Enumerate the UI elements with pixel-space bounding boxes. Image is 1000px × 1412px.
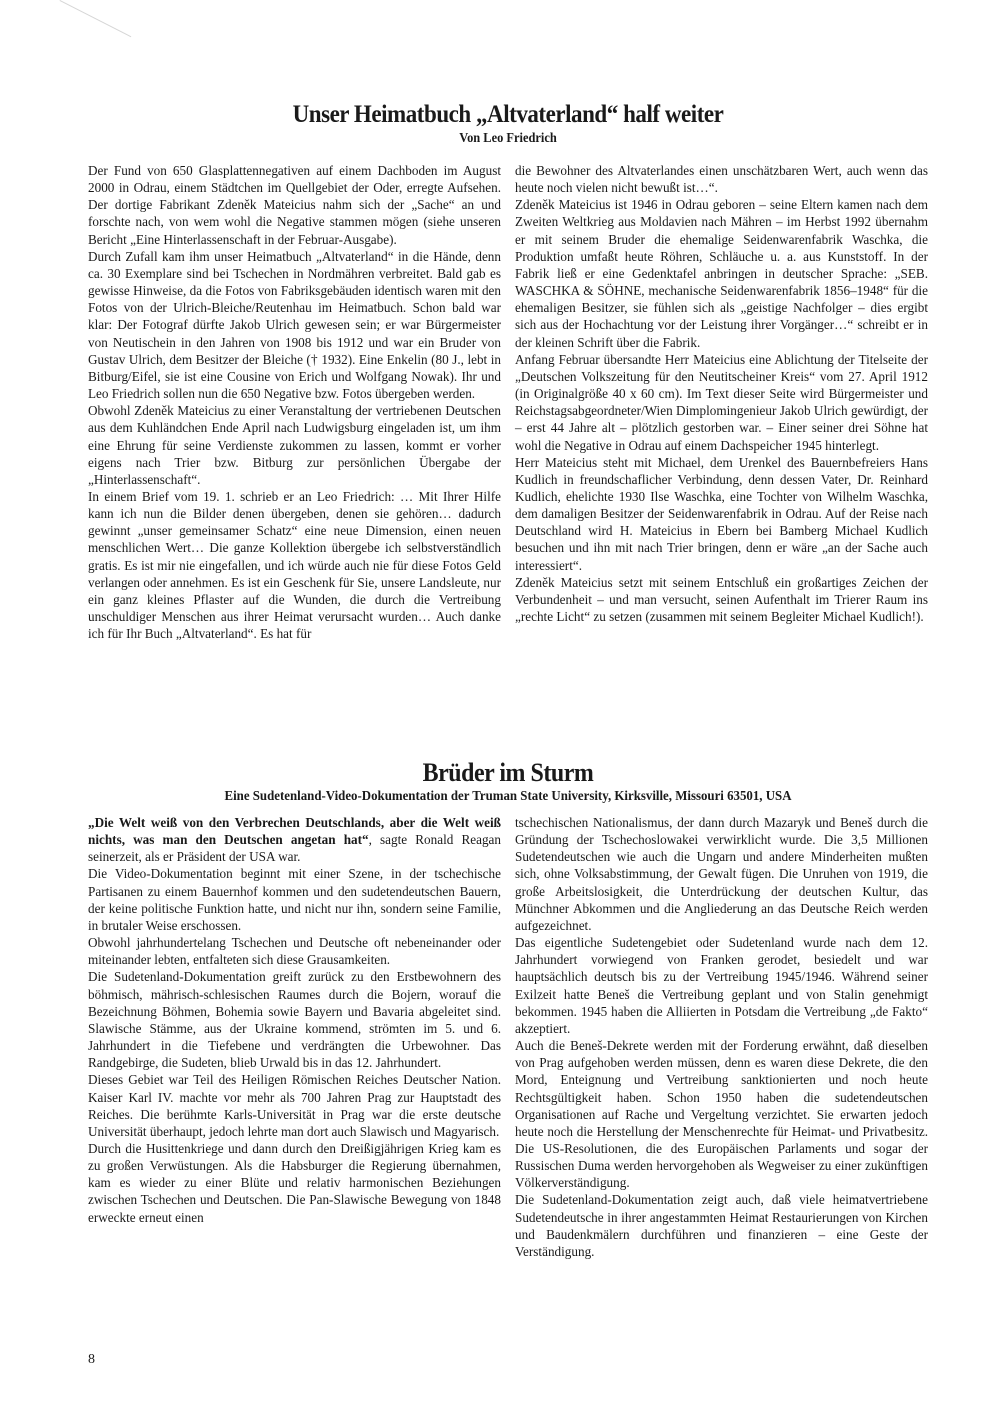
paragraph: Die Sudetenland-Dokumentation zeigt auch… [515,1191,928,1260]
paragraph: Anfang Februar übersandte Herr Mateicius… [515,351,928,454]
paragraph: Das eigentliche Sudetengebiet oder Sudet… [515,934,928,1037]
paragraph: Die Video-Dokumentation beginnt mit eine… [88,865,501,934]
right-column: tschechischen Nationalismus, der dann du… [515,814,928,1260]
paragraph: Auch die Beneš-Dekrete werden mit der Fo… [515,1037,928,1191]
left-column: „Die Welt weiß von den Verbrechen Deutsc… [88,814,501,1260]
article-brueder-im-sturm: Brüder im Sturm Eine Sudetenland-Video-D… [88,758,928,1260]
lead-paragraph: „Die Welt weiß von den Verbrechen Deutsc… [88,814,501,865]
right-column: die Bewohner des Altvaterlandes einen un… [515,162,928,642]
left-column: Der Fund von 650 Glasplattennegativen au… [88,162,501,642]
paragraph: Der Fund von 650 Glasplattennegativen au… [88,162,501,248]
paragraph: die Bewohner des Altvaterlandes einen un… [515,162,928,196]
paragraph: Zdeněk Mateicius setzt mit seinem Entsch… [515,574,928,625]
paragraph: Durch die Husittenkriege und dann durch … [88,1140,501,1226]
article-heimatbuch: Unser Heimatbuch „Altvaterland“ half wei… [88,100,928,642]
article-title: Brüder im Sturm [122,758,895,788]
paragraph: Obwohl Zdeněk Mateicius zu einer Veranst… [88,402,501,488]
paragraph: Obwohl jahrhundertelang Tschechen und De… [88,934,501,968]
article-byline: Von Leo Friedrich [122,130,895,146]
paragraph: In einem Brief vom 19. 1. schrieb er an … [88,488,501,642]
paragraph: tschechischen Nationalismus, der dann du… [515,814,928,934]
paragraph: Durch Zufall kam ihm unser Heimatbuch „A… [88,248,501,402]
article-subtitle: Eine Sudetenland-Video-Dokumentation der… [122,788,895,806]
article-columns: „Die Welt weiß von den Verbrechen Deutsc… [88,814,928,1260]
article-title: Unser Heimatbuch „Altvaterland“ half wei… [122,100,895,130]
paragraph: Dieses Gebiet war Teil des Heiligen Römi… [88,1071,501,1140]
scan-artifact-line [60,0,132,37]
article-columns: Der Fund von 650 Glasplattennegativen au… [88,162,928,642]
page-number: 8 [88,1352,95,1368]
paragraph: Die Sudetenland-Dokumentation greift zur… [88,968,501,1071]
paragraph: Herr Mateicius steht mit Michael, dem Ur… [515,454,928,574]
paragraph: Zdeněk Mateicius ist 1946 in Odrau gebor… [515,196,928,350]
